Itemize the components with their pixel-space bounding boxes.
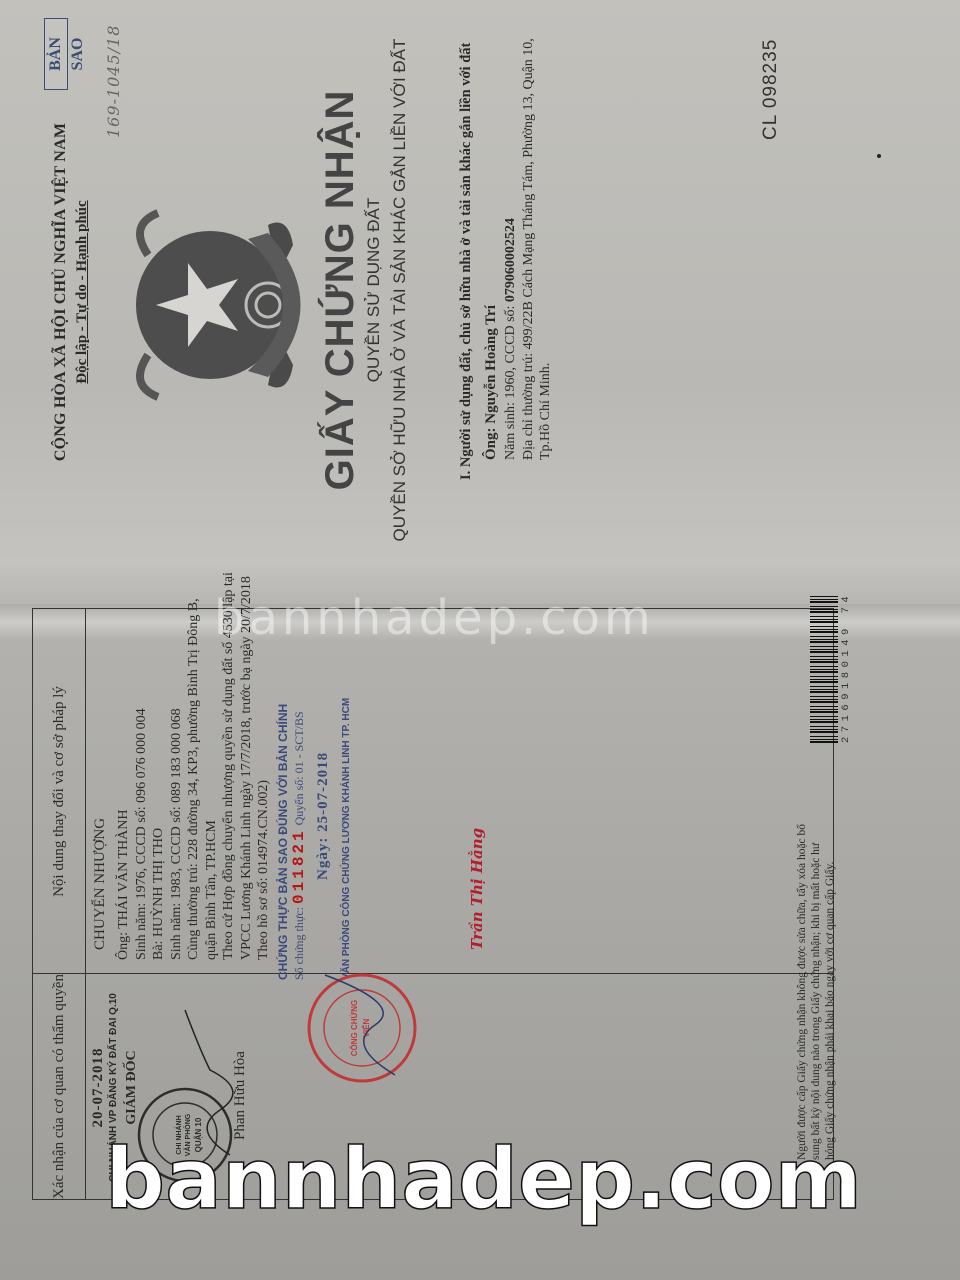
footer-notice: Người được cấp Giấy chứng nhận không đượ… [795,690,837,1160]
confirmation-date: 20-07-2018 [90,975,106,1200]
certified-copy-text: CHỨNG THỰC BẢN SAO ĐÚNG VỚI BẢN CHÍNH [275,600,291,980]
national-motto: Độc lập - Tự do - Hạnh phúc [74,32,91,552]
owner-address: Địa chỉ thường trú: 499/22B Cách Mạng Th… [520,0,554,460]
owner-birth-id: Năm sinh: 1960, CCCD số: 079060002524 [503,218,519,460]
owner-id-number: 079060002524 [503,218,518,302]
ink-speck [877,154,881,158]
owner-section-heading: I. Người sử dụng đất, chủ sở hữu nhà ở v… [458,20,475,480]
change-type: CHUYỂN NHƯỢNG [92,818,109,950]
detail-line: Bà: HUỲNH THỊ THO [150,580,168,960]
national-emblem-icon [118,195,308,415]
watermark-faint: bannhadep.com [214,590,655,646]
certificate-title: GIẤY CHỨNG NHẬN [318,60,363,520]
owner-name: Ông: Nguyễn Hoàng Trí [483,305,500,460]
column-divider [33,973,833,974]
notary-office: VĂN PHÒNG CÔNG CHỨNG LƯƠNG KHÁNH LINH TP… [339,600,355,980]
watermark-large: bannhadep.com [105,1130,862,1228]
barcode-digits: 27169180149 74 [840,592,852,743]
notary-stamp-icon: CÔNG CHỨNG VIÊN [305,970,420,1085]
notary-signature: Trần Thị Hằng [468,828,486,950]
certificate-subtitle-house: QUYỀN SỞ HỮU NHÀ Ở VÀ TÀI SẢN KHÁC GẮN L… [390,0,410,580]
svg-text:VIÊN: VIÊN [362,1018,371,1037]
national-header: CỘNG HÒA XÃ HỘI CHỦ NGHĨA VIỆT NAM [52,32,70,552]
cert-number-line: Số chứng thực: 011821 Quyển số: 01 - SCT… [291,600,307,980]
detail-line: Cùng thường trú: 228 đường 34, KP3, phườ… [185,580,203,960]
serial-number: CL 098235 [760,39,782,140]
header-divider [85,609,86,1199]
header-content: Nội dung thay đổi và cơ sở pháp lý [33,609,85,974]
handwritten-number: 169-1045/18 [104,25,123,138]
copy-stamp: BẢN SAO [44,18,68,90]
certificate-subtitle-land: QUYỀN SỬ DỤNG ĐẤT [364,60,384,520]
cert-number: 011821 [290,828,308,904]
notary-certification: CHỨNG THỰC BẢN SAO ĐÚNG VỚI BẢN CHÍNH Số… [275,600,355,980]
svg-text:CÔNG CHỨNG: CÔNG CHỨNG [350,1000,359,1056]
header-confirmation: Xác nhận của cơ quan có thẩm quyền [33,974,85,1199]
detail-line: Sinh năm: 1976, CCCD số: 096 076 000 004 [133,580,151,960]
detail-line: Sinh năm: 1983, CCCD số: 089 183 000 068 [168,580,186,960]
barcode-icon [810,593,838,743]
detail-line: Ông: THÁI VĂN THÀNH [115,580,133,960]
